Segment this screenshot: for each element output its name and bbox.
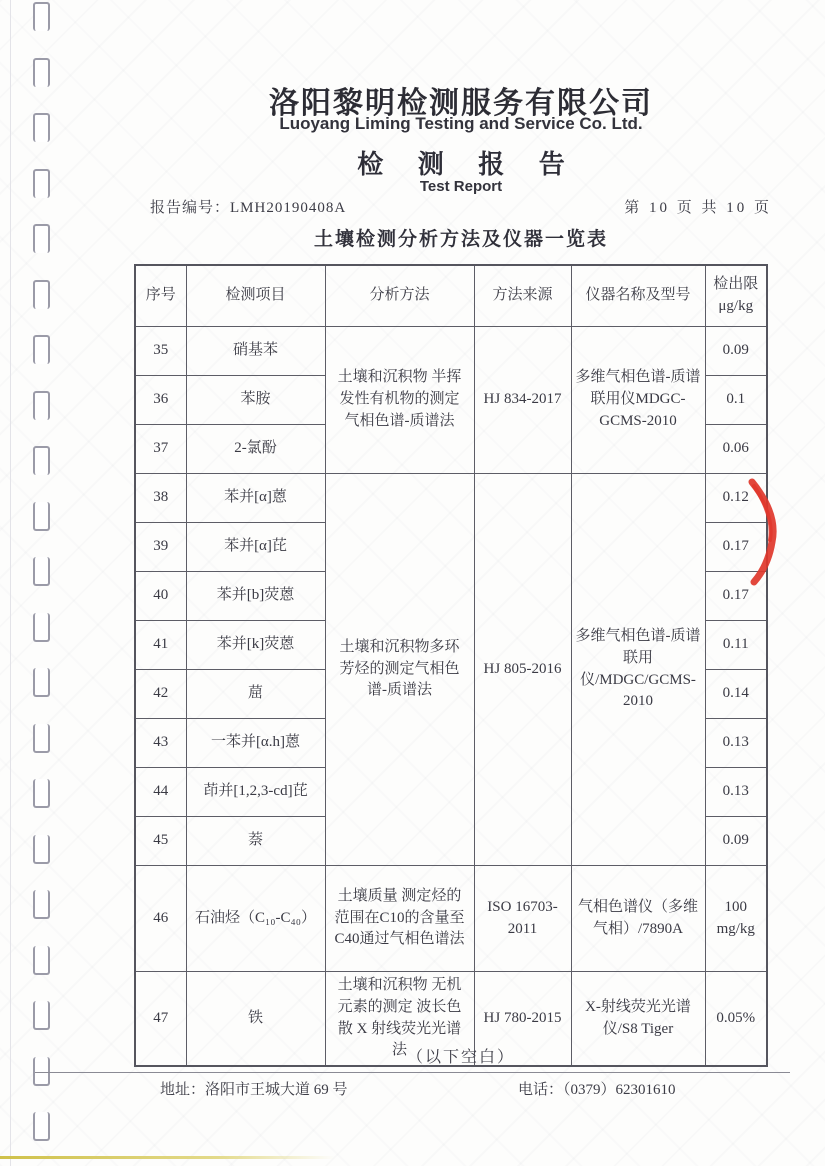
cell-test-item: 一苯并[α.h]蒽 — [186, 719, 325, 768]
cell-test-item: 茚并[1,2,3-cd]芘 — [186, 768, 325, 817]
table-header-row: 序号 检测项目 分析方法 方法来源 仪器名称及型号 检出限 μg/kg — [135, 265, 767, 327]
report-number: 报告编号：LMH20190408A — [150, 196, 346, 217]
cell-serial-no: 39 — [135, 523, 186, 572]
cell-instrument: 多维气相色谱-质谱联用仪/MDGC/GCMS-2010 — [571, 474, 705, 866]
cell-analysis-method: 土壤质量 测定烃的范围在C10的含量至C40通过气相色谱法 — [325, 866, 474, 972]
header-analysis-method: 分析方法 — [325, 265, 474, 327]
address-value: 洛阳市王城大道 69 号 — [205, 1082, 348, 1098]
header-test-item: 检测项目 — [186, 265, 325, 327]
cell-method-source: HJ 834-2017 — [474, 327, 571, 474]
cell-detection-limit: 0.09 — [705, 327, 767, 376]
table-row: 46石油烃（C₁₀-C₄₀）土壤质量 测定烃的范围在C10的含量至C40通过气相… — [135, 866, 767, 972]
cell-detection-limit: 0.17 — [705, 523, 767, 572]
cell-serial-no: 35 — [135, 327, 186, 376]
footer-address: 地址：洛阳市王城大道 69 号 — [160, 1078, 348, 1099]
cell-detection-limit: 0.11 — [705, 621, 767, 670]
cell-serial-no: 43 — [135, 719, 186, 768]
below-blank-note: （以下空白） — [150, 1044, 772, 1067]
cell-detection-limit: 0.12 — [705, 474, 767, 523]
report-number-value: LMH20190408A — [230, 200, 346, 216]
header-serial-no: 序号 — [135, 265, 186, 327]
cell-serial-no: 40 — [135, 572, 186, 621]
cell-serial-no: 45 — [135, 817, 186, 866]
cell-test-item: 苯并[k]荧蒽 — [186, 621, 325, 670]
cell-test-item: 萘 — [186, 817, 325, 866]
cell-serial-no: 41 — [135, 621, 186, 670]
binding-hole — [33, 446, 50, 475]
report-meta-line: 报告编号：LMH20190408A 第 10 页 共 10 页 — [150, 196, 772, 217]
cell-test-item: 硝基苯 — [186, 327, 325, 376]
cell-serial-no: 46 — [135, 866, 186, 972]
report-title-cn: 检 测 报 告 — [150, 144, 772, 181]
footer-divider — [35, 1072, 790, 1073]
binding-hole — [33, 946, 50, 975]
report-title-en: Test Report — [150, 178, 772, 195]
cell-instrument: 多维气相色谱-质谱联用仪MDGC-GCMS-2010 — [571, 327, 705, 474]
address-label: 地址： — [160, 1082, 205, 1098]
header-method-source: 方法来源 — [474, 265, 571, 327]
cell-detection-limit: 0.1 — [705, 376, 767, 425]
table-body: 35硝基苯土壤和沉积物 半挥发性有机物的测定 气相色谱-质谱法HJ 834-20… — [135, 327, 767, 1067]
binding-hole — [33, 2, 50, 31]
cell-detection-limit: 0.17 — [705, 572, 767, 621]
report-number-label: 报告编号： — [150, 200, 230, 216]
header-instrument: 仪器名称及型号 — [571, 265, 705, 327]
cell-detection-limit: 0.13 — [705, 719, 767, 768]
cell-test-item: 苯胺 — [186, 376, 325, 425]
cell-detection-limit: 100 mg/kg — [705, 866, 767, 972]
binding-hole — [33, 779, 50, 808]
binding-hole — [33, 1057, 50, 1086]
cell-detection-limit: 0.09 — [705, 817, 767, 866]
cell-detection-limit: 0.06 — [705, 425, 767, 474]
binding-hole — [33, 113, 50, 142]
cell-instrument: 气相色谱仪（多维气相）/7890A — [571, 866, 705, 972]
phone-label: 电话： — [518, 1082, 563, 1098]
binding-hole — [33, 613, 50, 642]
binding-hole — [33, 502, 50, 531]
binding-hole — [33, 280, 50, 309]
binding-hole — [33, 835, 50, 864]
cell-test-item: 2-氯酚 — [186, 425, 325, 474]
cell-method-source: HJ 805-2016 — [474, 474, 571, 866]
cell-analysis-method: 土壤和沉积物多环芳烃的测定气相色谱-质谱法 — [325, 474, 474, 866]
cell-test-item: 石油烃（C₁₀-C₄₀） — [186, 866, 325, 972]
binding-hole — [33, 335, 50, 364]
cell-test-item: 苯并[α]芘 — [186, 523, 325, 572]
binding-hole — [33, 890, 50, 919]
binding-hole — [33, 58, 50, 87]
cell-serial-no: 38 — [135, 474, 186, 523]
cell-serial-no: 42 — [135, 670, 186, 719]
paper-edge-line — [10, 0, 11, 1166]
scan-edge-artifact — [0, 1156, 335, 1159]
analysis-methods-table: 序号 检测项目 分析方法 方法来源 仪器名称及型号 检出限 μg/kg 35硝基… — [134, 264, 768, 1067]
cell-detection-limit: 0.14 — [705, 670, 767, 719]
cell-serial-no: 37 — [135, 425, 186, 474]
binding-hole — [33, 169, 50, 198]
table-row: 38苯并[α]蒽土壤和沉积物多环芳烃的测定气相色谱-质谱法HJ 805-2016… — [135, 474, 767, 523]
company-name-en: Luoyang Liming Testing and Service Co. L… — [150, 114, 772, 134]
phone-value: （0379）62301610 — [563, 1082, 676, 1098]
binding-hole — [33, 557, 50, 586]
table-title: 土壤检测分析方法及仪器一览表 — [150, 224, 772, 251]
cell-test-item: 䓛 — [186, 670, 325, 719]
cell-method-source: ISO 16703-2011 — [474, 866, 571, 972]
footer-phone: 电话：（0379）62301610 — [518, 1078, 676, 1099]
cell-test-item: 苯并[α]蒽 — [186, 474, 325, 523]
binding-hole — [33, 224, 50, 253]
binding-hole — [33, 1112, 50, 1141]
page-number-info: 第 10 页 共 10 页 — [624, 196, 772, 217]
cell-analysis-method: 土壤和沉积物 半挥发性有机物的测定 气相色谱-质谱法 — [325, 327, 474, 474]
header-detection-limit: 检出限 μg/kg — [705, 265, 767, 327]
binding-hole — [33, 724, 50, 753]
cell-test-item: 苯并[b]荧蒽 — [186, 572, 325, 621]
cell-serial-no: 36 — [135, 376, 186, 425]
scanned-report-page: 洛阳黎明检测服务有限公司 Luoyang Liming Testing and … — [0, 0, 825, 1166]
binding-hole — [33, 391, 50, 420]
cell-serial-no: 44 — [135, 768, 186, 817]
binding-hole — [33, 1001, 50, 1030]
cell-detection-limit: 0.13 — [705, 768, 767, 817]
table-row: 35硝基苯土壤和沉积物 半挥发性有机物的测定 气相色谱-质谱法HJ 834-20… — [135, 327, 767, 376]
binding-hole — [33, 668, 50, 697]
